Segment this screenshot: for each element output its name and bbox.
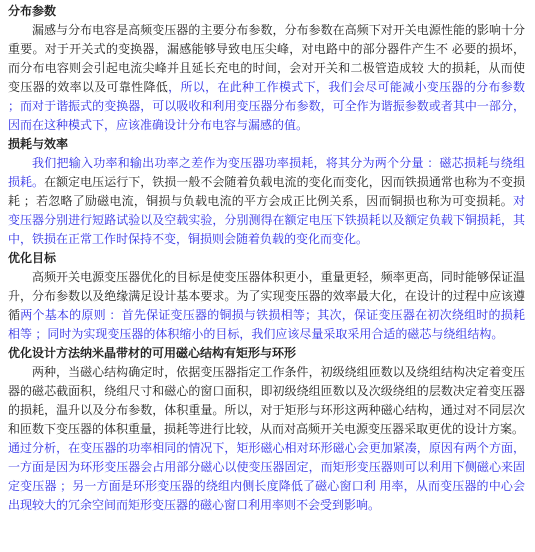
revision-text-run: 两个基本的原则 ：首先保证变压器的铜损与铁损相等；其次，保证变压器在初次绕组时的…: [8, 308, 525, 341]
paragraph: 高频开关电源变压器优化的目标是使变压器体积更小，重量更轻，频率更高，同时能够保证…: [8, 268, 525, 344]
text-run: 优化目标: [8, 251, 56, 265]
text-run: 损耗与效率: [8, 137, 68, 151]
text-run: 在额定电压运行下，铁损一般不会随着负载电流的变化而变化，因而铁损通常也称为不变损…: [8, 175, 525, 208]
paragraph: 两种，当磁心结构确定时，依据变压器指定工作条件，初级绕组匝数以及绕组结构决定着变…: [8, 363, 525, 439]
section-heading: 损耗与效率: [8, 135, 525, 154]
paragraph: 通过分析，在变压器的功率相同的情况下，矩形磁心相对环形磁心会更加紧凑，原因有两个…: [8, 439, 525, 515]
text-run: 两种，当磁心结构确定时，依据变压器指定工作条件，初级绕组匝数以及绕组结构决定着变…: [8, 365, 525, 436]
text-run: 优化设计方法纳米晶带材的可用磁心结构有矩形与环形: [8, 346, 296, 360]
section-heading: 优化目标: [8, 249, 525, 268]
text-run: 分布参数: [8, 4, 56, 18]
document-page: 分布参数漏感与分布电容是高频变压器的主要分布参数，分布参数在高频下对开关电源性能…: [0, 0, 535, 552]
section-heading: 分布参数: [8, 2, 525, 21]
paragraph: 漏感与分布电容是高频变压器的主要分布参数，分布参数在高频下对开关电源性能的影响十…: [8, 21, 525, 135]
revision-text-run: 通过分析，在变压器的功率相同的情况下，矩形磁心相对环形磁心会更加紧凑，原因有两个…: [8, 441, 525, 512]
paragraph: 我们把输入功率和输出功率之差作为变压器功率损耗，将其分为两个分量 ：磁芯损耗与绕…: [8, 154, 525, 249]
section-heading: 优化设计方法纳米晶带材的可用磁心结构有矩形与环形: [8, 344, 525, 363]
document-body: 分布参数漏感与分布电容是高频变压器的主要分布参数，分布参数在高频下对开关电源性能…: [8, 2, 525, 515]
